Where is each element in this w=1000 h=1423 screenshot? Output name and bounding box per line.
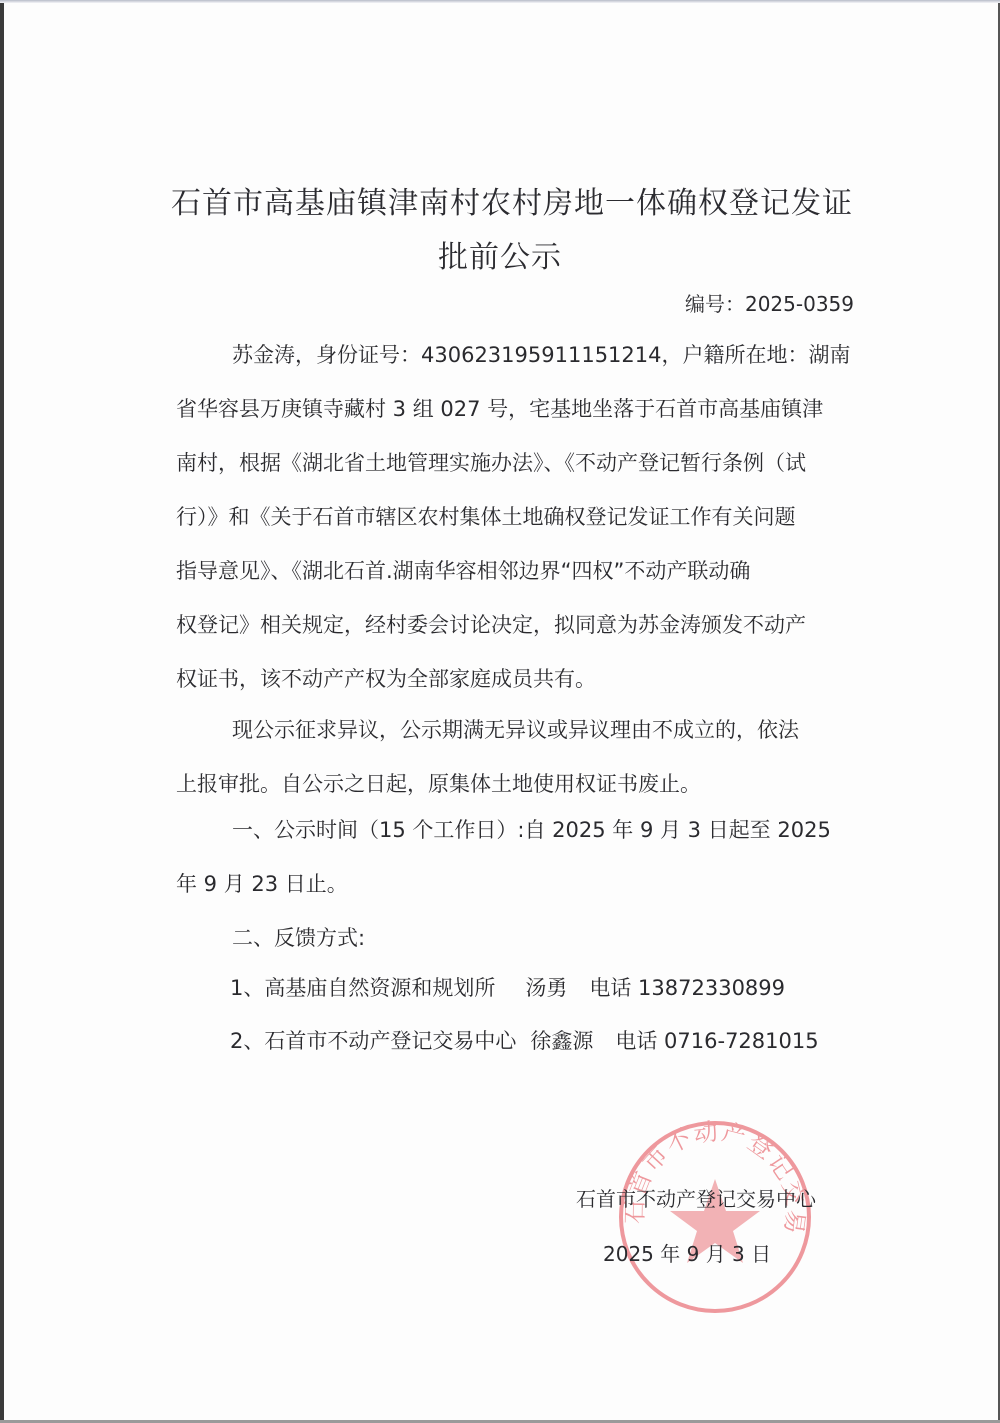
document-number: 编号：2025-0359 [685, 288, 854, 317]
text-line: 年 9 月 23 日止。 [176, 857, 866, 911]
text-line: 权登记》相关规定，经村委会讨论决定，拟同意为苏金涛颁发不动产 [176, 598, 866, 652]
feedback-heading-text: 二、反馈方式: [176, 911, 866, 965]
signature-date: 2025 年 9 月 3 日 [603, 1238, 771, 1267]
text-line: 权证书，该不动产产权为全部家庭成员共有。 [176, 652, 866, 706]
text-line: 行）》和《关于石首市辖区农村集体土地确权登记发证工作有关问题 [176, 490, 866, 544]
contact-org: 1、高基庙自然资源和规划所 [230, 976, 495, 1000]
official-seal-icon: 石首市不动产登记交易中心 [615, 1117, 815, 1317]
contact-phone: 电话 0716-7281015 [615, 1029, 818, 1053]
text-line: 现公示征求异议，公示期满无异议或异议理由不成立的，依法 [176, 703, 866, 757]
contact-item-2: 2、石首市不动产登记交易中心徐鑫源电话 0716-7281015 [230, 1025, 819, 1055]
document-title-line1: 石首市高基庙镇津南村农村房地一体确权登记发证 [12, 178, 1000, 222]
contact-phone: 电话 13872330899 [589, 976, 785, 1000]
contact-person: 汤勇 [525, 976, 567, 1000]
feedback-heading: 二、反馈方式: [176, 911, 866, 965]
contact-person: 徐鑫源 [530, 1029, 593, 1053]
text-line: 南村，根据《湖北省土地管理实施办法》、《不动产登记暂行条例（试 [176, 436, 866, 490]
page-edge-left [0, 0, 4, 1423]
paragraph-notice-period: 一、公示时间（15 个工作日）:自 2025 年 9 月 3 日起至 2025 … [176, 803, 866, 911]
text-line: 指导意见》、《湖北石首.湖南华容相邻边界“四权”不动产联动确 [176, 544, 866, 598]
contact-item-1: 1、高基庙自然资源和规划所汤勇电话 13872330899 [230, 972, 785, 1002]
contact-org: 2、石首市不动产登记交易中心 [230, 1029, 516, 1053]
document-title-line2: 批前公示 [0, 232, 1000, 276]
text-line: 一、公示时间（15 个工作日）:自 2025 年 9 月 3 日起至 2025 [176, 803, 866, 857]
text-line: 苏金涛，身份证号：430623195911151214，户籍所在地：湖南 [176, 328, 866, 382]
page-edge-top [0, 0, 1000, 3]
text-line: 省华容县万庚镇寺藏村 3 组 027 号，宅基地坐落于石首市高基庙镇津 [176, 382, 866, 436]
paragraph-objection-notice: 现公示征求异议，公示期满无异议或异议理由不成立的，依法 上报审批。自公示之日起，… [176, 703, 866, 811]
signature-organization: 石首市不动产登记交易中心 [576, 1183, 816, 1212]
paragraph-applicant-details: 苏金涛，身份证号：430623195911151214，户籍所在地：湖南 省华容… [176, 328, 866, 706]
